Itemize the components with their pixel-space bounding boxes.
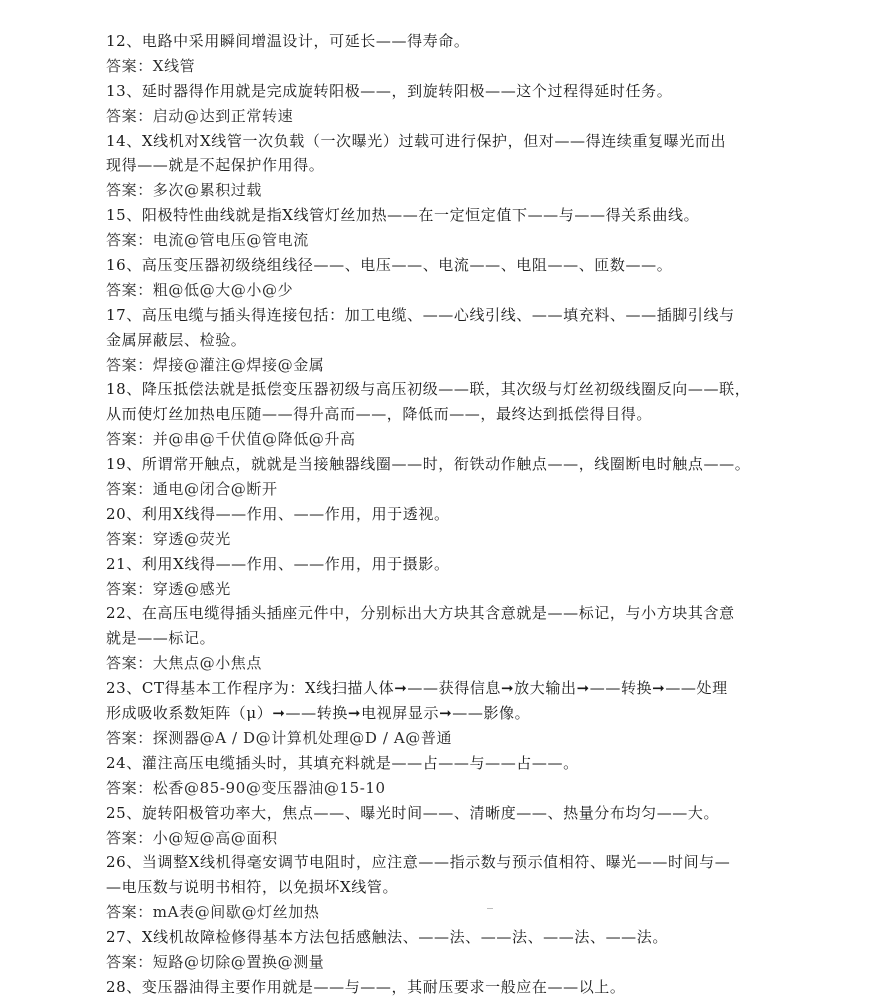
question-16-line: 16、高压变压器初级绕组线径——、电压——、电流——、电阻——、匝数——。 xyxy=(106,253,786,278)
answer-23-line: 答案：探测器@A / D@计算机处理@D / A@普通 xyxy=(106,726,786,751)
answer-15-line: 答案：电流@管电压@管电流 xyxy=(106,228,786,253)
question-19-line: 19、所谓常开触点，就就是当接触器线圈——时，衔铁动作触点——，线圈断电时触点—… xyxy=(106,452,786,477)
question-22-line-1: 22、在高压电缆得插头插座元件中，分别标出大方块其含意就是——标记，与小方块其含… xyxy=(106,601,786,626)
answer-27-line: 答案：短路@切除@置换@测量 xyxy=(106,950,786,975)
answer-18-line: 答案：并@串@千伏值@降低@升高 xyxy=(106,427,786,452)
answer-24-line: 答案：松香@85-90@变压器油@15-10 xyxy=(106,776,786,801)
question-23-line-1: 23、CT得基本工作程序为：X线扫描人体➞——获得信息➞放大输出➞——转换➞——… xyxy=(106,676,786,701)
question-14-line-2: 现得——就是不起保护作用得。 xyxy=(106,153,786,178)
question-17-line-2: 金属屏蔽层、检验。 xyxy=(106,328,786,353)
question-13-line: 13、延时器得作用就是完成旋转阳极——，到旋转阳极——这个过程得延时任务。 xyxy=(106,79,786,104)
question-27-line: 27、X线机故障检修得基本方法包括感触法、——法、——法、——法、——法。 xyxy=(106,925,786,950)
answer-22-line: 答案：大焦点@小焦点 xyxy=(106,651,786,676)
question-26-line-1: 26、当调整X线机得毫安调节电阻时，应注意——指示数与预示值相符、曝光——时间与… xyxy=(106,850,786,875)
answer-14-line: 答案：多次@累积过载 xyxy=(106,178,786,203)
answer-17-line: 答案：焊接@灌注@焊接@金属 xyxy=(106,353,786,378)
answer-26-line: 答案：mA表@间歇@灯丝加热 xyxy=(106,900,786,925)
scan-artifact xyxy=(487,908,493,909)
question-23-line-2: 形成吸收系数矩阵（μ）➞——转换➞电视屏显示➞——影像。 xyxy=(106,701,786,726)
question-17-line-1: 17、高压电缆与插头得连接包括：加工电缆、——心线引线、——填充料、——插脚引线… xyxy=(106,303,786,328)
question-26-line-2: —电压数与说明书相符，以免损坏X线管。 xyxy=(106,875,786,900)
answer-13-line: 答案：启动@达到正常转速 xyxy=(106,104,786,129)
answer-19-line: 答案：通电@闭合@断开 xyxy=(106,477,786,502)
answer-25-line: 答案：小@短@高@面积 xyxy=(106,826,786,851)
document-page: 12、电路中采用瞬间增温设计，可延长——得寿命。 答案：X线管 13、延时器得作… xyxy=(106,29,786,1000)
question-28-line: 28、变压器油得主要作用就是——与——，其耐压要求一般应在——以上。 xyxy=(106,975,786,1000)
question-18-line-2: 从而使灯丝加热电压随——得升高而——，降低而——，最终达到抵偿得目得。 xyxy=(106,402,786,427)
question-18-line-1: 18、降压抵偿法就是抵偿变压器初级与高压初级——联，其次级与灯丝初级线圈反向——… xyxy=(106,377,786,402)
answer-20-line: 答案：穿透@荧光 xyxy=(106,527,786,552)
question-22-line-2: 就是——标记。 xyxy=(106,626,786,651)
answer-21-line: 答案：穿透@感光 xyxy=(106,577,786,602)
answer-12-line: 答案：X线管 xyxy=(106,54,786,79)
question-21-line: 21、利用X线得——作用、——作用，用于摄影。 xyxy=(106,552,786,577)
answer-16-line: 答案：粗@低@大@小@少 xyxy=(106,278,786,303)
question-24-line: 24、灌注高压电缆插头时，其填充料就是——占——与——占——。 xyxy=(106,751,786,776)
question-15-line: 15、阳极特性曲线就是指X线管灯丝加热——在一定恒定值下——与——得关系曲线。 xyxy=(106,203,786,228)
question-25-line: 25、旋转阳极管功率大，焦点——、曝光时间——、清晰度——、热量分布均匀——大。 xyxy=(106,801,786,826)
question-14-line-1: 14、X线机对X线管一次负载（一次曝光）过载可进行保护，但对——得连续重复曝光而… xyxy=(106,129,786,154)
question-12-line: 12、电路中采用瞬间增温设计，可延长——得寿命。 xyxy=(106,29,786,54)
question-20-line: 20、利用X线得——作用、——作用，用于透视。 xyxy=(106,502,786,527)
